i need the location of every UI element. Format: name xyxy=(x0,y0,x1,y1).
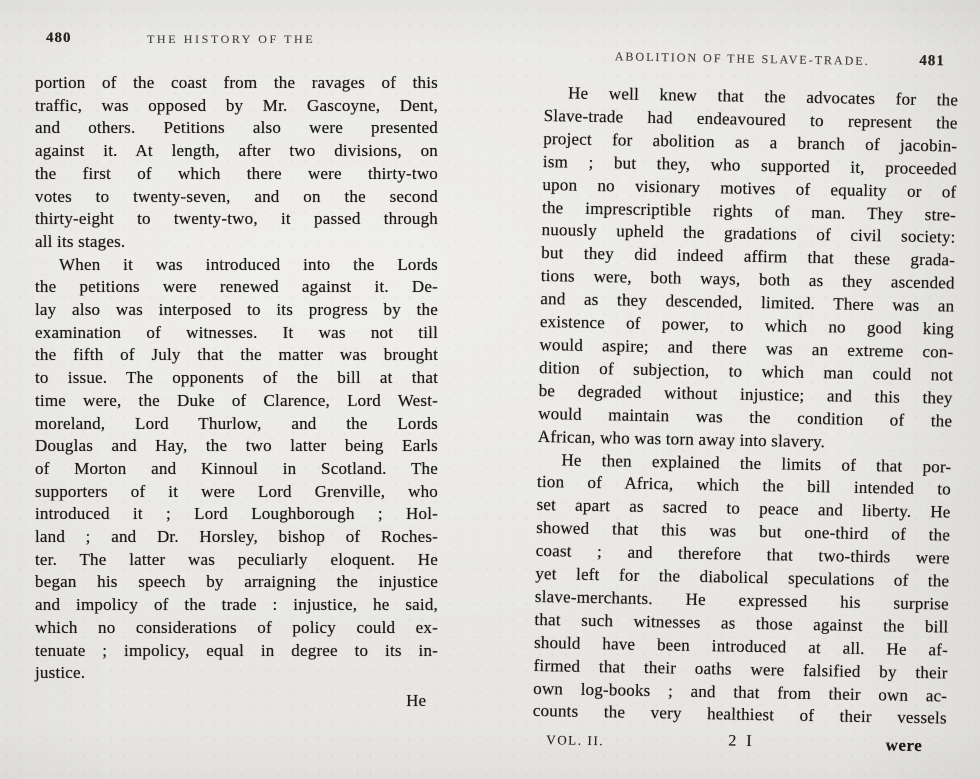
left-page: 480 THE HISTORY OF THE portion of the co… xyxy=(35,30,438,711)
scanned-book-spread: 480 THE HISTORY OF THE portion of the co… xyxy=(0,0,980,779)
signature-mark: 2 I xyxy=(728,733,755,751)
right-page-body: He well knew that the advocates for theS… xyxy=(533,82,959,731)
text-line: When it was introduced into the Lords xyxy=(35,254,438,277)
right-page-number: 481 xyxy=(919,53,945,70)
text-line: against it. At length, after two divisio… xyxy=(35,140,438,163)
text-line: moreland, Lord Thurlow, and the Lords xyxy=(35,413,438,436)
right-catchword: were xyxy=(885,736,922,757)
right-running-head-row: ABOLITION OF THE SLAVE-TRADE. 481 xyxy=(545,46,959,72)
text-line: all its stages. xyxy=(35,231,438,254)
text-line: justice. xyxy=(35,662,438,685)
text-line: Douglas and Hay, the two latter being Ea… xyxy=(35,435,438,458)
text-line: began his speech by arraigning the injus… xyxy=(35,571,438,594)
right-running-head: ABOLITION OF THE SLAVE-TRADE. xyxy=(615,49,870,69)
text-line: the first of which there were thirty-two xyxy=(35,163,438,186)
text-line: and impolicy of the trade : injustice, h… xyxy=(35,594,438,617)
left-running-head-row: 480 THE HISTORY OF THE xyxy=(35,30,438,48)
volume-label: VOL. II. xyxy=(546,733,604,750)
text-line: introduced it ; Lord Loughborough ; Hol- xyxy=(35,503,438,526)
text-line: supporters of it were Lord Grenville, wh… xyxy=(35,481,438,504)
text-line: land ; and Dr. Horsley, bishop of Roches… xyxy=(35,526,438,549)
text-line: examination of witnesses. It was not til… xyxy=(35,322,438,345)
text-line: the fifth of July that the matter was br… xyxy=(35,344,438,367)
text-line: portion of the coast from the ravages of… xyxy=(35,72,438,95)
right-page-footer: VOL. II. 2 I were xyxy=(532,729,946,759)
text-line: tenuate ; impolicy, equal in degree to i… xyxy=(35,640,438,663)
text-line: of Morton and Kinnoul in Scotland. The xyxy=(35,458,438,481)
left-page-body: portion of the coast from the ravages of… xyxy=(35,72,438,685)
text-line: votes to twenty-seven, and on the second xyxy=(35,186,438,209)
text-line: which no considerations of policy could … xyxy=(35,617,438,640)
text-line: to issue. The opponents of the bill at t… xyxy=(35,367,438,390)
left-running-head: THE HISTORY OF THE xyxy=(147,32,315,47)
right-page: ABOLITION OF THE SLAVE-TRADE. 481 He wel… xyxy=(532,46,959,759)
left-page-number: 480 xyxy=(46,30,72,47)
text-line: time were, the Duke of Clarence, Lord We… xyxy=(35,390,438,413)
text-line: ter. The latter was peculiarly eloquent.… xyxy=(35,549,438,572)
text-line: and others. Petitions also were presente… xyxy=(35,117,438,140)
left-catchword: He xyxy=(35,691,438,711)
text-line: lay also was interposed to its progress … xyxy=(35,299,438,322)
text-line: the petitions were renewed against it. D… xyxy=(35,276,438,299)
text-line: thirty-eight to twenty-two, it passed th… xyxy=(35,208,438,231)
text-line: traffic, was opposed by Mr. Gascoyne, De… xyxy=(35,95,438,118)
